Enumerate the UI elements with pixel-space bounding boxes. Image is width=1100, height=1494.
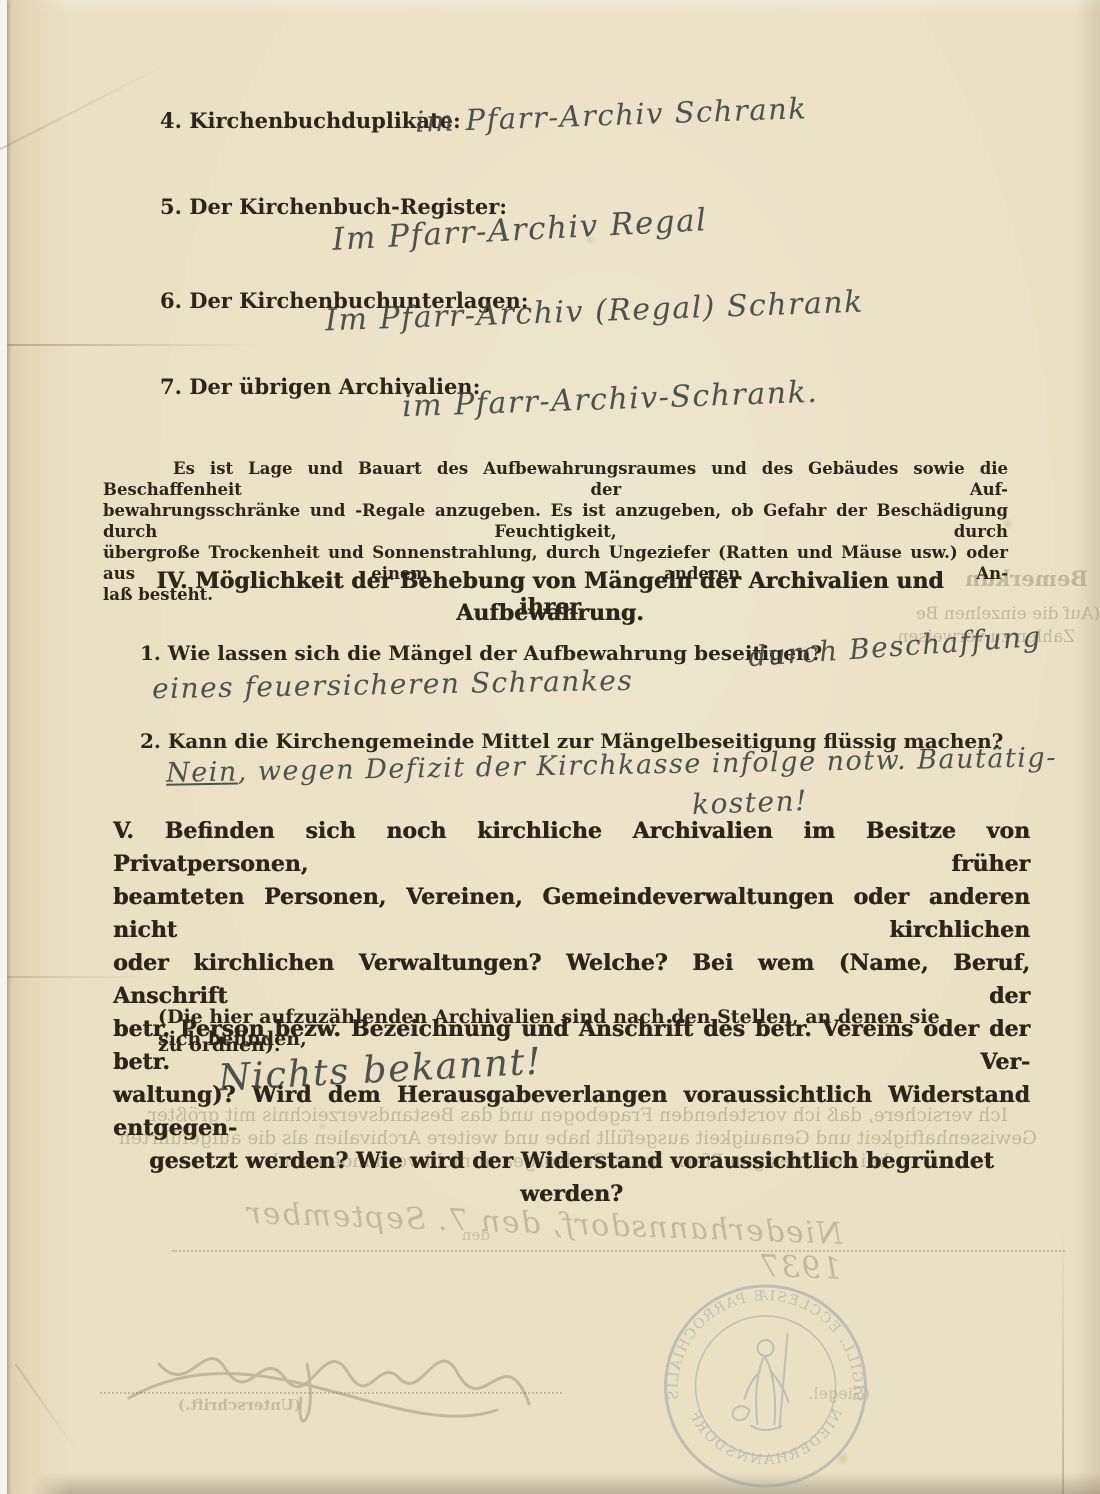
paper-left-edge bbox=[0, 0, 7, 1494]
fold-crease bbox=[15, 1363, 80, 1454]
section-v-paren-line2: zu ordnen). bbox=[158, 1034, 281, 1056]
section-v-line: gesetzt werden? Wie wird der Widerstand … bbox=[113, 1145, 1030, 1211]
stamp-saint-figure-icon bbox=[733, 1334, 789, 1430]
bleedthrough-unterschrift-label: (Unterschrift.) bbox=[162, 1396, 317, 1414]
answer-underlined-word: Nein bbox=[166, 757, 238, 789]
question-1-answer-line2: eines feuersicheren Schrankes bbox=[152, 664, 634, 705]
fold-crease bbox=[1062, 1230, 1064, 1494]
section-v-line: V. Befinden sich noch kirchliche Archiva… bbox=[113, 815, 1030, 881]
signature-dotted-line bbox=[100, 1390, 562, 1394]
note-line: bewahrungsschränke und -Regale anzugeben… bbox=[103, 500, 1008, 542]
form-item-4-answer: im Pfarr-Archiv Schrank bbox=[415, 91, 808, 139]
section-v-line: oder kirchlichen Verwaltungen? Welche? B… bbox=[113, 947, 1030, 1013]
note-line: Es ist Lage und Bauart des Aufbewahrungs… bbox=[103, 458, 1008, 500]
section-v-line: beamteten Personen, Vereinen, Gemeindeve… bbox=[113, 881, 1030, 947]
section-iv-heading-line2: Aufbewahrung. bbox=[150, 600, 950, 626]
svg-text:NIEDERHANNSDORF: NIEDERHANNSDORF bbox=[685, 1406, 846, 1468]
fold-crease bbox=[0, 62, 169, 159]
scanned-document-page: Bemerkun (Auf die einzelnen Be Zahlen zu… bbox=[0, 0, 1100, 1494]
fold-crease bbox=[7, 344, 257, 346]
question-1: 1. Wie lassen sich die Mängel der Aufbew… bbox=[140, 641, 822, 665]
bleedthrough-den-label: den bbox=[450, 1226, 490, 1244]
bleedthrough-siegel-label: (Siegel. bbox=[790, 1384, 870, 1403]
date-dotted-line bbox=[172, 1248, 1065, 1252]
stamp-bottom-text: NIEDERHANNSDORF bbox=[685, 1406, 846, 1468]
bleedthrough-signature-scribble bbox=[102, 1306, 557, 1446]
